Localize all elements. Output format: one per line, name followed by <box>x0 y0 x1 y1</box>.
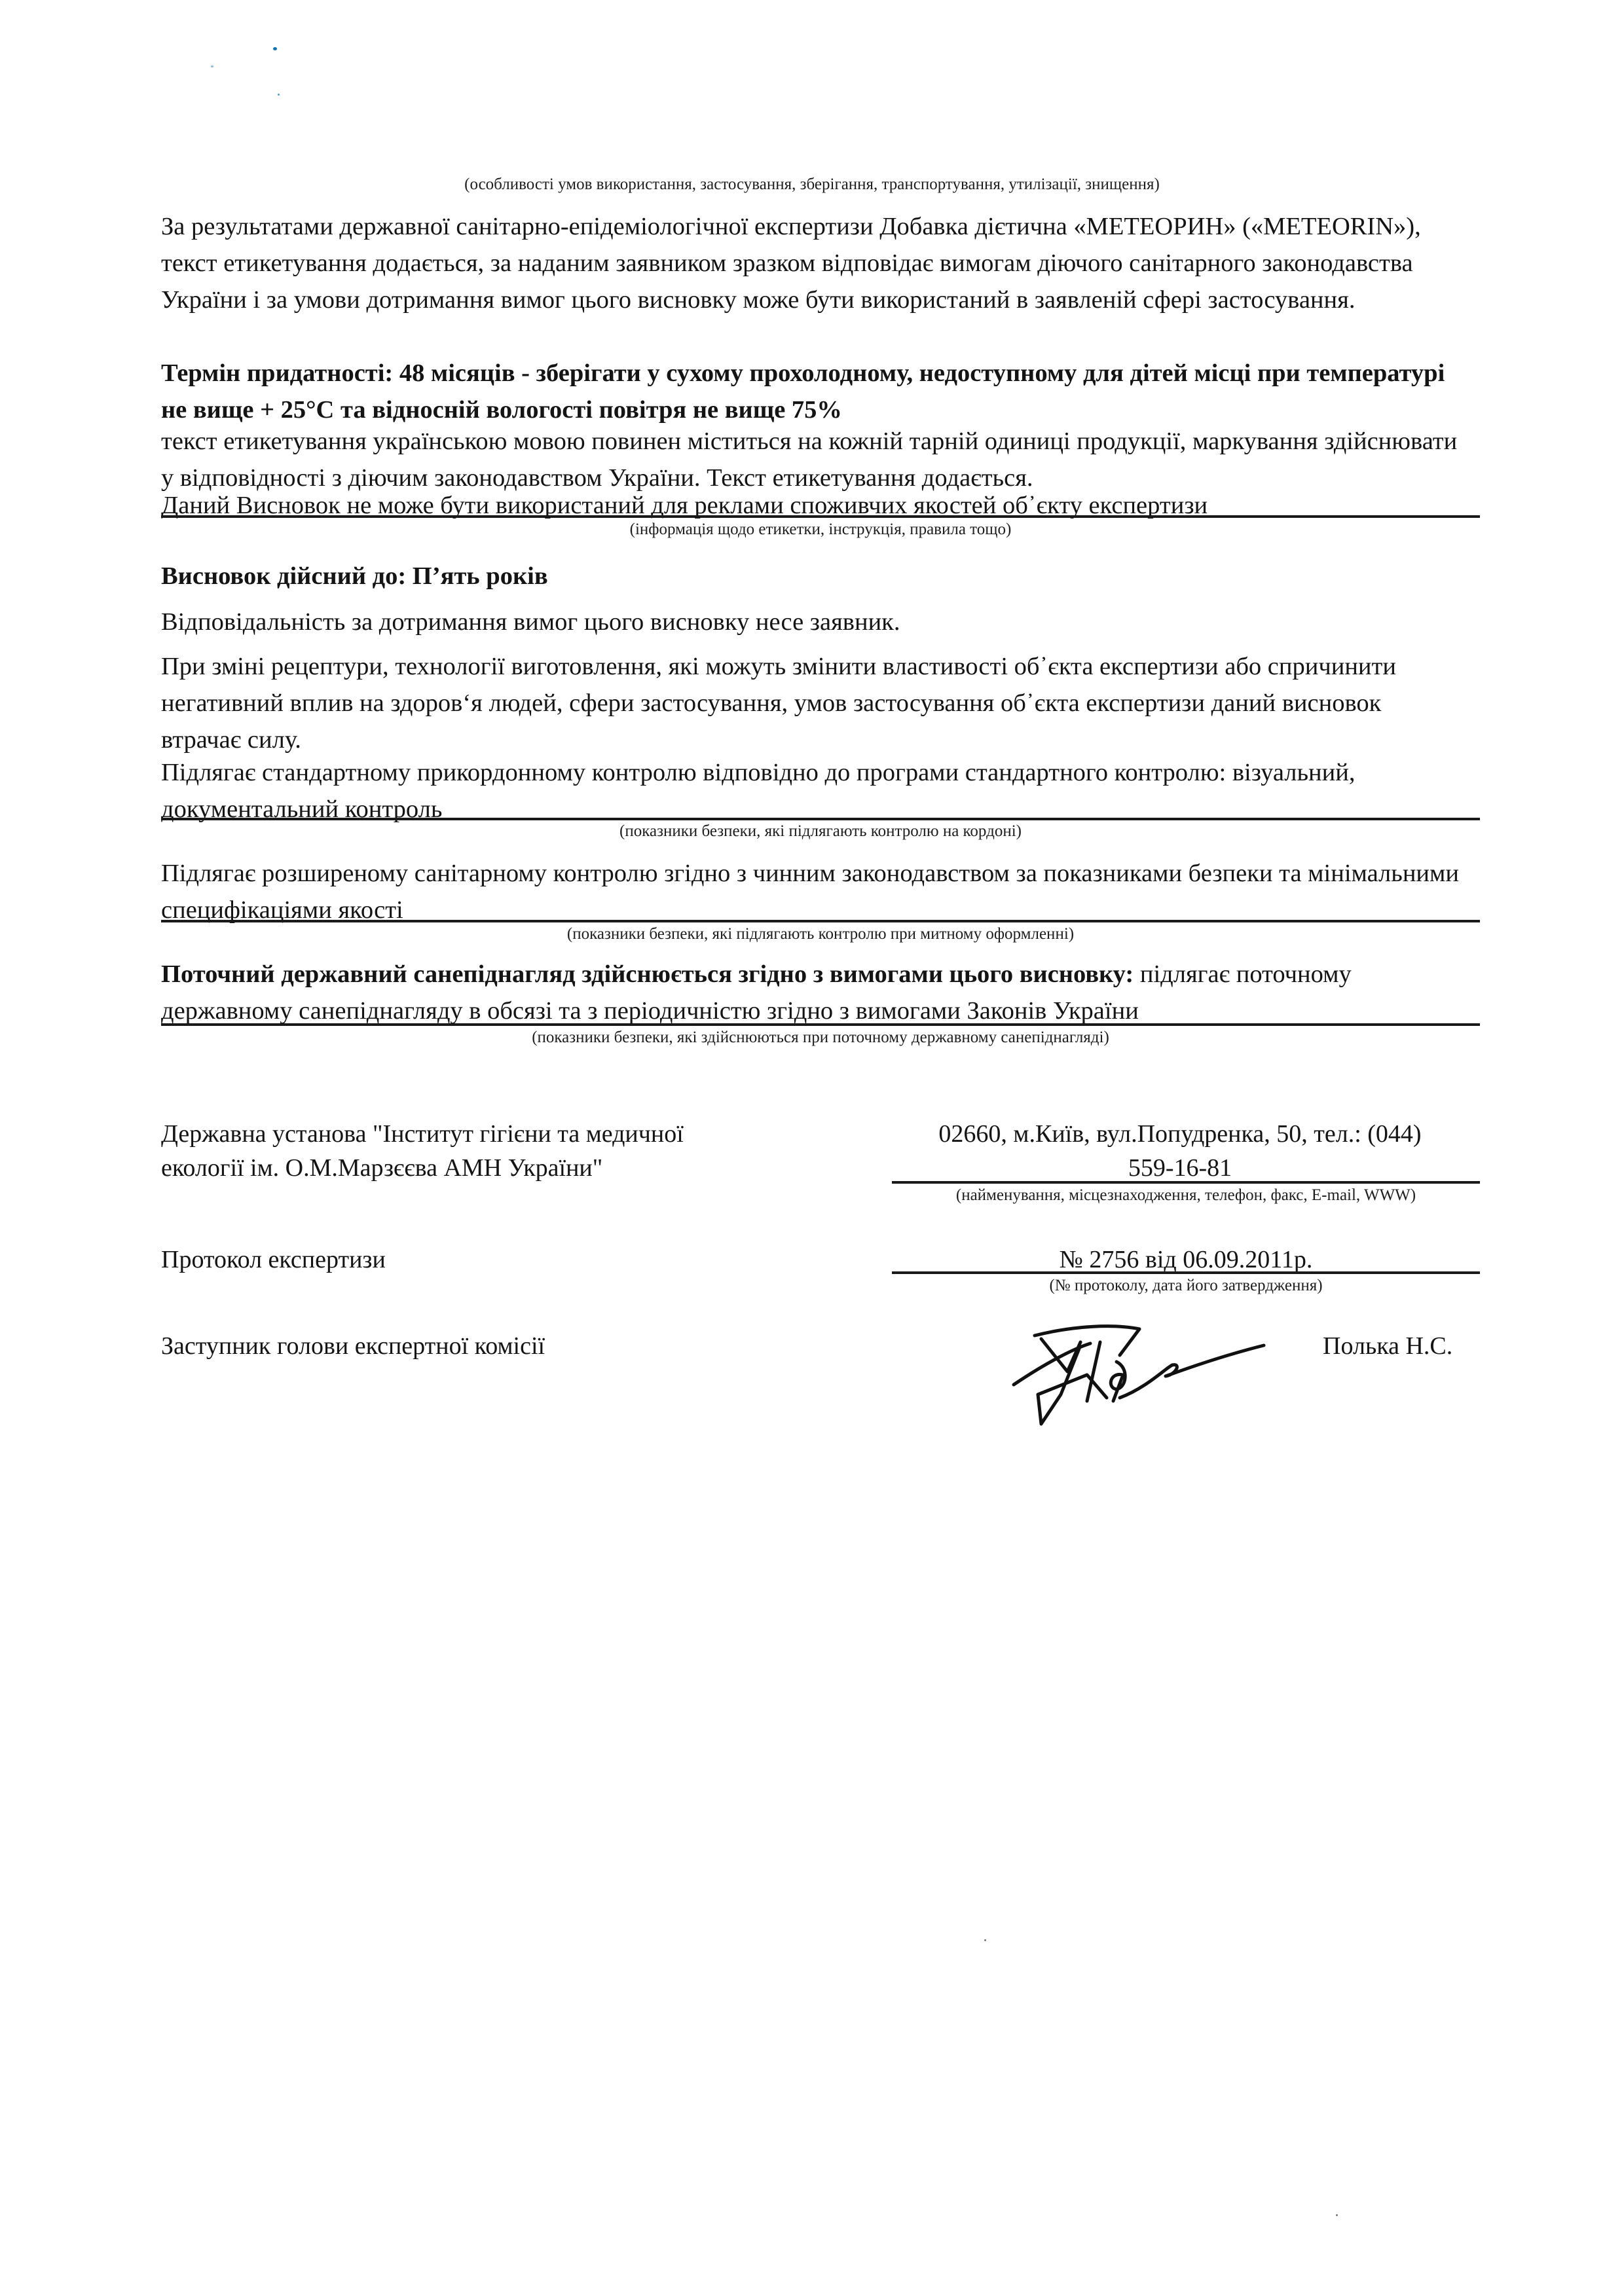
shelf-life-statement: Термін придатності: 48 місяців - зберіга… <box>161 355 1464 428</box>
divider <box>161 920 1480 922</box>
divider <box>161 515 1480 518</box>
signer-name: Полька Н.С. <box>1323 1329 1452 1363</box>
institution-address: 02660, м.Київ, вул.Попудренка, 50, тел.:… <box>892 1117 1468 1185</box>
scan-speck <box>1336 2214 1338 2216</box>
state-supervision: Поточний державний санепіднагляд здійсню… <box>161 956 1484 1029</box>
state-supervision-heading: Поточний державний санепіднагляд здійсню… <box>161 960 1134 988</box>
scan-speck <box>278 94 280 96</box>
caption-protocol: (№ протоколу, дата його затвердження) <box>892 1277 1480 1295</box>
divider <box>892 1181 1480 1184</box>
responsibility-statement: Відповідальність за дотримання вимог цьо… <box>161 604 1471 640</box>
validity-period: Висновок дійсний до: П’ять років <box>161 558 1471 594</box>
caption-supervision: (показники безпеки, які здійснюються при… <box>161 1029 1480 1047</box>
signature-icon <box>1008 1316 1270 1434</box>
divider <box>892 1271 1480 1274</box>
scan-speck <box>984 1939 986 1941</box>
advertising-note: Даний Висновок не може бути використаний… <box>161 487 1471 524</box>
recipe-change-clause: При зміні рецептури, технології виготовл… <box>161 648 1464 758</box>
scan-speck <box>211 65 213 67</box>
caption-border: (показники безпеки, які підлягають контр… <box>161 822 1480 841</box>
caption-usage-conditions: (особливості умов використання, застосув… <box>0 175 1624 194</box>
customs-control: Підлягає розширеному санітарному контрол… <box>161 855 1464 928</box>
caption-label-info: (інформація щодо етикетки, інструкція, п… <box>161 520 1480 539</box>
labeling-requirements: текст етикетування українською мовою пов… <box>161 423 1464 496</box>
caption-address: (найменування, місцезнаходження, телефон… <box>892 1186 1480 1205</box>
protocol-label: Протокол експертизи <box>161 1243 386 1277</box>
address-line-2: 559-16-81 <box>892 1151 1468 1185</box>
signer-title: Заступник голови експертної комісії <box>161 1329 545 1363</box>
address-line-1: 02660, м.Київ, вул.Попудренка, 50, тел.:… <box>892 1117 1468 1151</box>
caption-customs: (показники безпеки, які підлягають контр… <box>161 925 1480 943</box>
divider <box>161 818 1480 820</box>
paragraph-expertise-results: За результатами державної санітарно-епід… <box>161 208 1471 318</box>
institution-name: Державна установа "Інститут гігієни та м… <box>161 1117 750 1185</box>
border-control: Підлягає стандартному прикордонному конт… <box>161 754 1484 828</box>
scan-speck <box>273 47 277 50</box>
divider <box>161 1023 1480 1026</box>
